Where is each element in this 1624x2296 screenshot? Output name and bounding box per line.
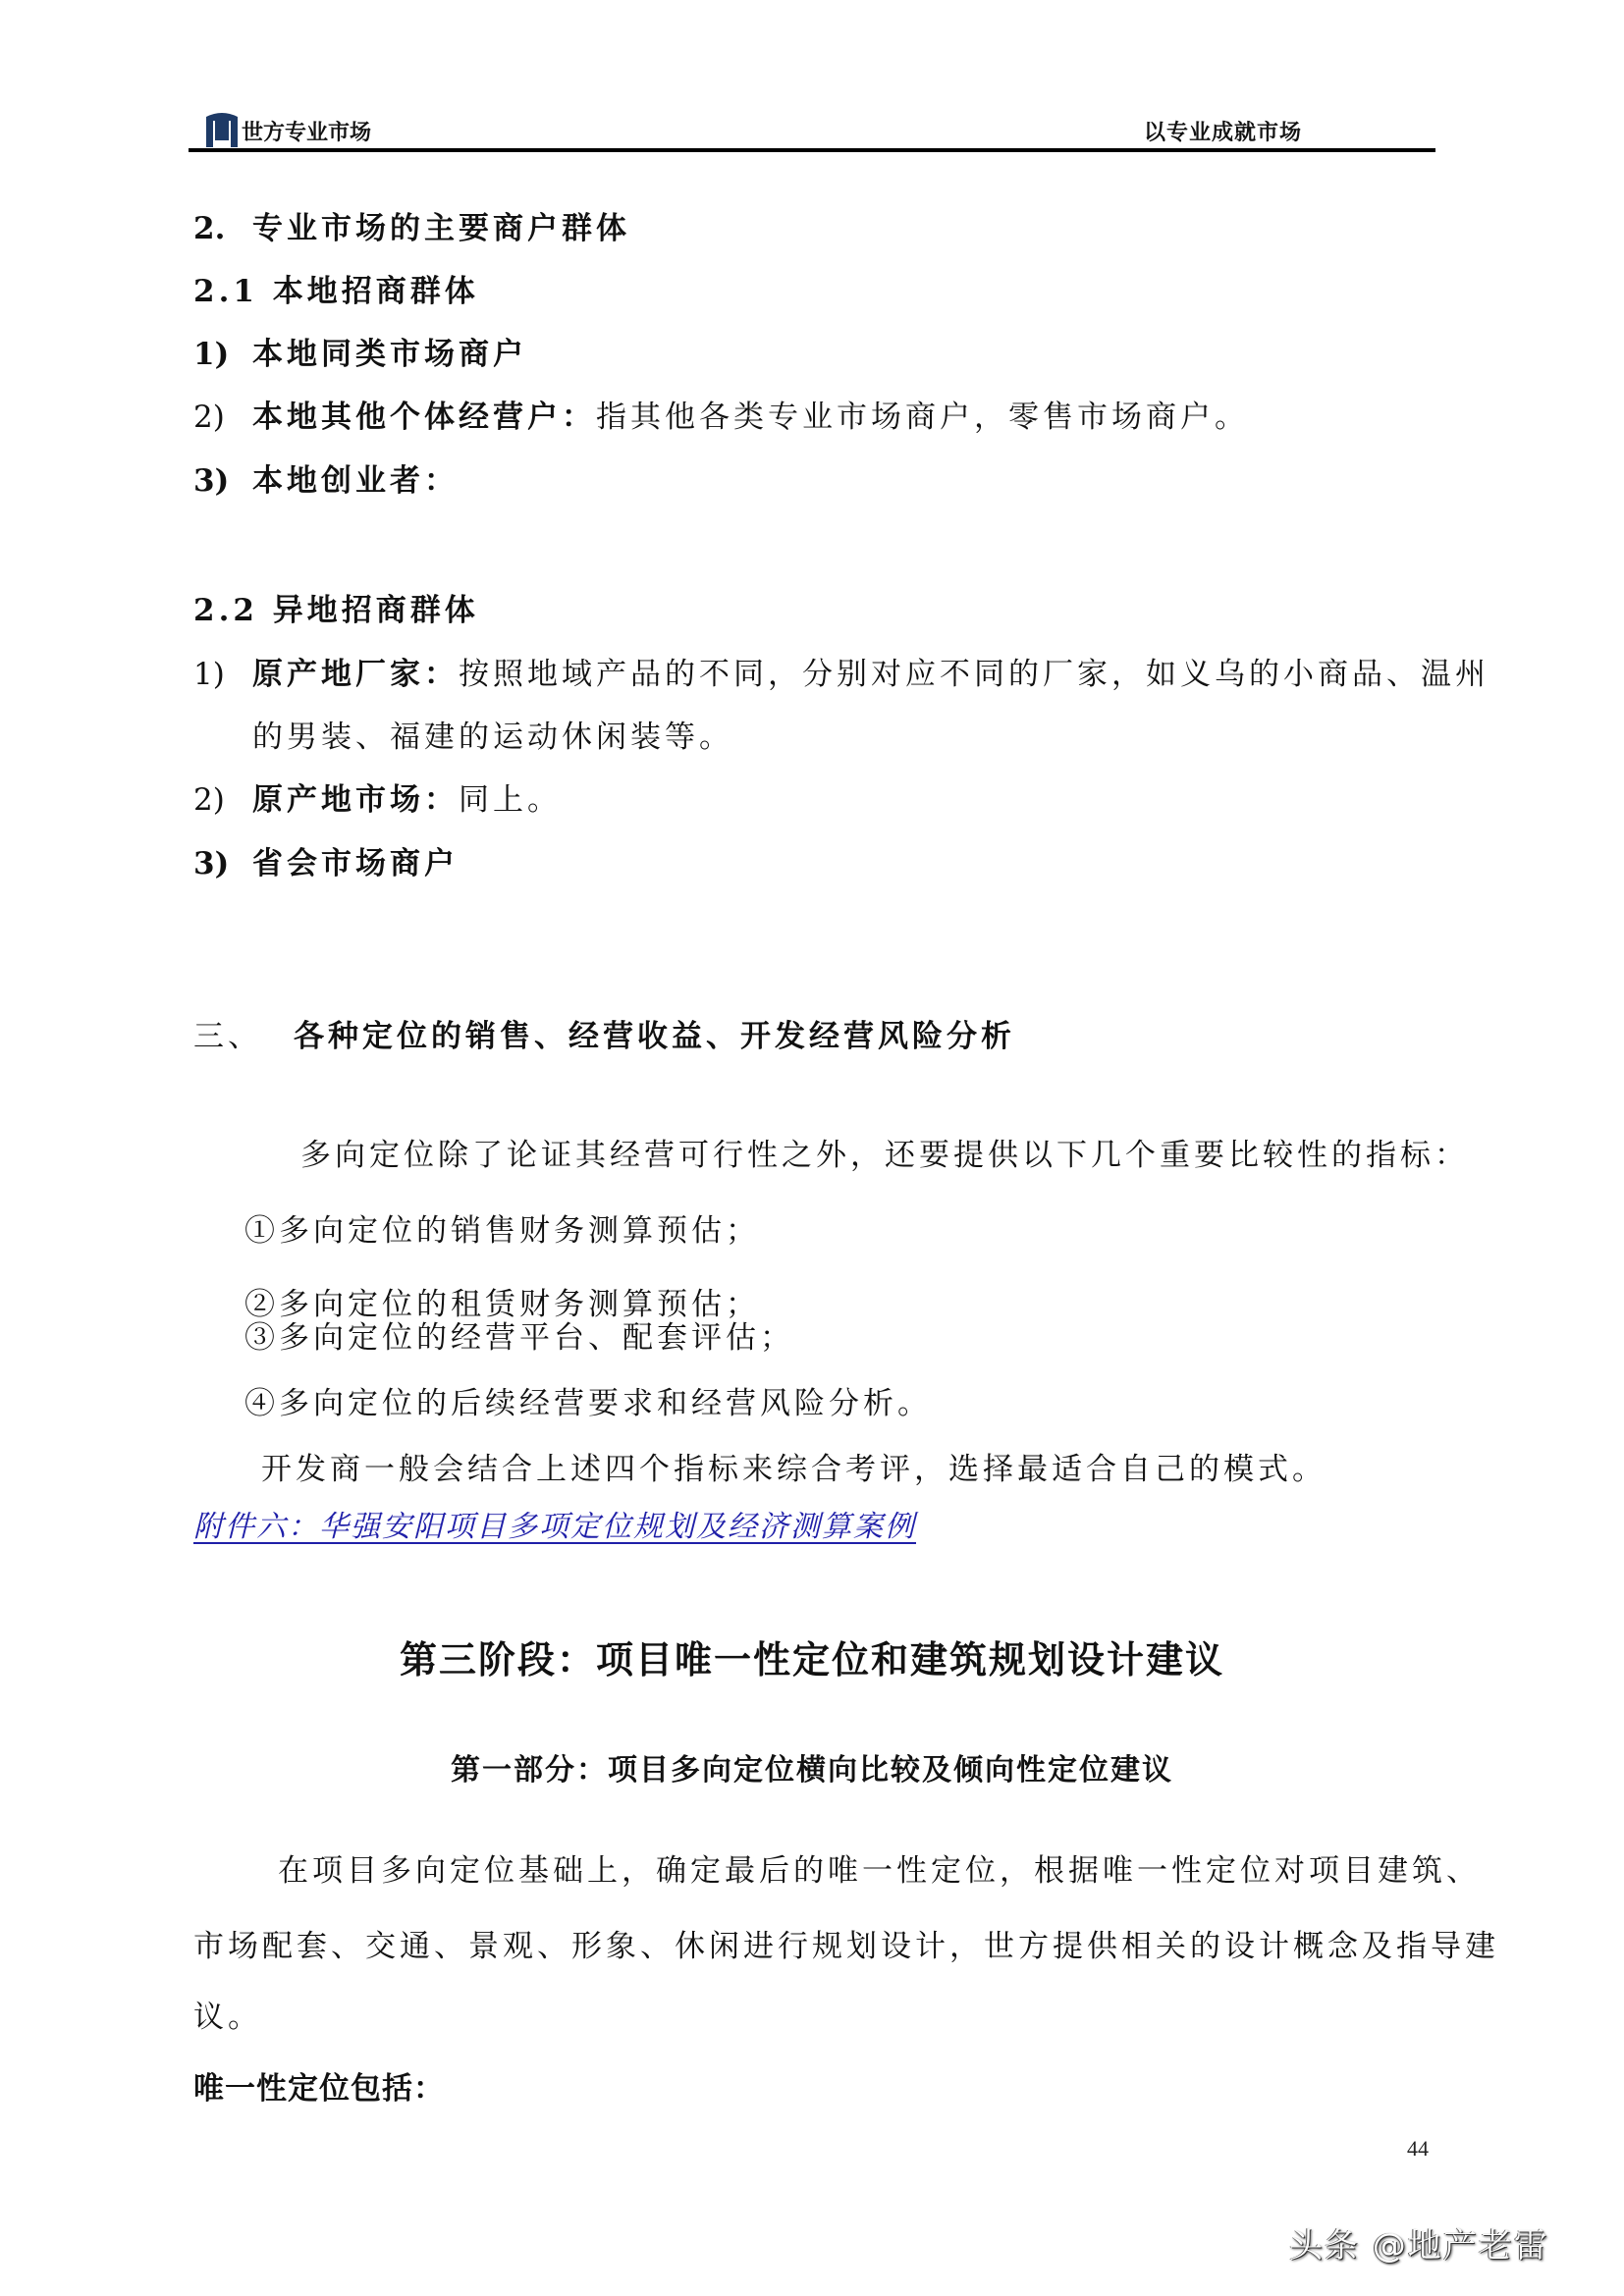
list-marker: 1): [193, 335, 252, 374]
item-label: 本地创业者：: [252, 463, 459, 499]
indicator-item: ④多向定位的后续经营要求和经营风险分析。: [244, 1384, 932, 1423]
part-1-title: 第一部分：项目多向定位横向比较及倾向性定位建议: [0, 1745, 1624, 1789]
list-item: 3)本地创业者：: [193, 461, 459, 501]
paragraph-line: 市场配套、交通、景观、形象、休闲进行规划设计，世方提供相关的设计概念及指导建: [193, 1927, 1499, 1966]
item-label: 本地同类市场商户: [252, 337, 527, 372]
item-text: 同上。: [459, 782, 562, 818]
item-label: 本地其他个体经营户：: [252, 400, 596, 435]
list-item: 2)本地其他个体经营户：指其他各类专业市场商户，零售市场商户。: [193, 398, 1249, 437]
subsection-2-2-heading: 2.2 异地招商群体: [193, 591, 479, 630]
section-number: 2.: [193, 209, 252, 248]
header-divider: [189, 148, 1435, 152]
item-label: 原产地厂家：: [252, 657, 459, 692]
conclusion-paragraph: 开发商一般会结合上述四个指标来综合考评，选择最适合自己的模式。: [261, 1450, 1326, 1489]
section-title: 专业市场的主要商户群体: [252, 211, 630, 246]
section-title: 各种定位的销售、经营收益、开发经营风险分析: [294, 1019, 1015, 1054]
list-item: 1)原产地厂家：按照地域产品的不同，分别对应不同的厂家，如义乌的小商品、温州: [193, 655, 1489, 694]
company-logo-icon: [204, 111, 240, 147]
item-label: 省会市场商户: [252, 846, 459, 881]
list-item: 2)原产地市场：同上。: [193, 780, 562, 820]
list-marker: 1): [193, 655, 252, 694]
section-number: 三、: [193, 1017, 294, 1056]
attachment-link[interactable]: 附件六：华强安阳项目多项定位规划及经济测算案例: [193, 1508, 916, 1547]
item-text: 按照地域产品的不同，分别对应不同的厂家，如义乌的小商品、温州: [459, 657, 1489, 692]
list-item-continuation: 的男装、福建的运动休闲装等。: [252, 718, 733, 757]
item-label: 原产地市场：: [252, 782, 459, 818]
header-slogan: 以专业成就市场: [1144, 116, 1302, 146]
intro-paragraph: 多向定位除了论证其经营可行性之外，还要提供以下几个重要比较性的指标：: [300, 1136, 1469, 1175]
section-3-heading: 三、各种定位的销售、经营收益、开发经营风险分析: [193, 1017, 1015, 1056]
list-item: 3)省会市场商户: [193, 844, 459, 883]
section-2-heading: 2.专业市场的主要商户群体: [193, 209, 630, 248]
header-company-name: 世方专业市场: [242, 116, 371, 146]
subsection-2-1-heading: 2.1 本地招商群体: [193, 272, 479, 311]
list-marker: 2): [193, 780, 252, 820]
watermark: 头条 @地产老雷: [1289, 2218, 1549, 2267]
list-marker: 3): [193, 844, 252, 883]
indicator-item: ①多向定位的销售财务测算预估；: [244, 1211, 760, 1251]
list-marker: 3): [193, 461, 252, 501]
page-number: 44: [1407, 2136, 1429, 2162]
list-item: 1)本地同类市场商户: [193, 335, 527, 374]
item-text: 指其他各类专业市场商户，零售市场商户。: [596, 400, 1249, 435]
stage-3-title: 第三阶段：项目唯一性定位和建筑规划设计建议: [0, 1629, 1624, 1683]
paragraph-line: 议。: [193, 1998, 262, 2037]
paragraph-line: 在项目多向定位基础上，确定最后的唯一性定位，根据唯一性定位对项目建筑、: [278, 1851, 1481, 1891]
indicator-item: ③多向定位的经营平台、配套评估；: [244, 1318, 794, 1358]
list-marker: 2): [193, 398, 252, 437]
includes-label: 唯一性定位包括：: [193, 2069, 445, 2109]
